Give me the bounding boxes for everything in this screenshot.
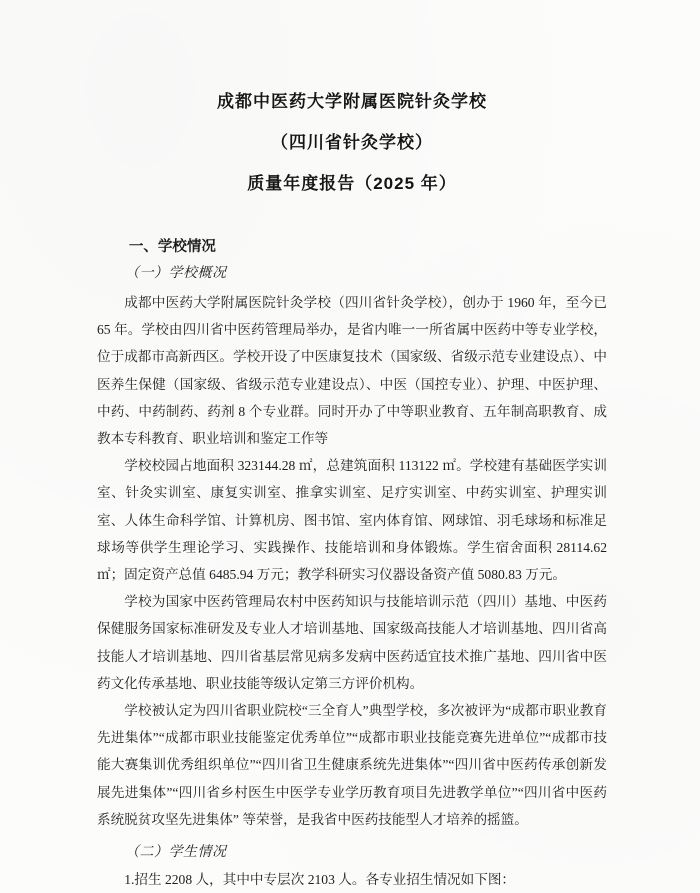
subsection-heading-students: （二）学生情况 (97, 839, 607, 866)
document-title-line-3: 质量年度报告（2025 年） (97, 174, 607, 194)
paragraph-campus-facilities: 学校校园占地面积 323144.28 ㎡，总建筑面积 113122 ㎡。学校建有… (97, 452, 607, 588)
section-heading-school-overview: 一、学校情况 (97, 237, 607, 257)
report-page: 成都中医药大学附属医院针灸学校 （四川省针灸学校） 质量年度报告（2025 年）… (0, 0, 700, 893)
paragraph-enrollment: 1.招生 2208 人，其中中专层次 2103 人。各专业招生情况如下图： (97, 866, 607, 893)
document-title-line-1: 成都中医药大学附属医院针灸学校 (97, 92, 607, 112)
subsection-heading-school-profile: （一）学校概况 (97, 264, 607, 284)
paragraph-honors: 学校被认定为四川省职业院校“三全育人”典型学校，多次被评为“成都市职业教育先进集… (97, 697, 607, 833)
paragraph-training-bases: 学校为国家中医药管理局农村中医药知识与技能培训示范（四川）基地、中医药保健服务国… (97, 588, 607, 697)
document-title-line-2: （四川省针灸学校） (97, 133, 607, 153)
paragraph-school-intro: 成都中医药大学附属医院针灸学校（四川省针灸学校），创办于 1960 年，至今已 … (97, 289, 607, 452)
